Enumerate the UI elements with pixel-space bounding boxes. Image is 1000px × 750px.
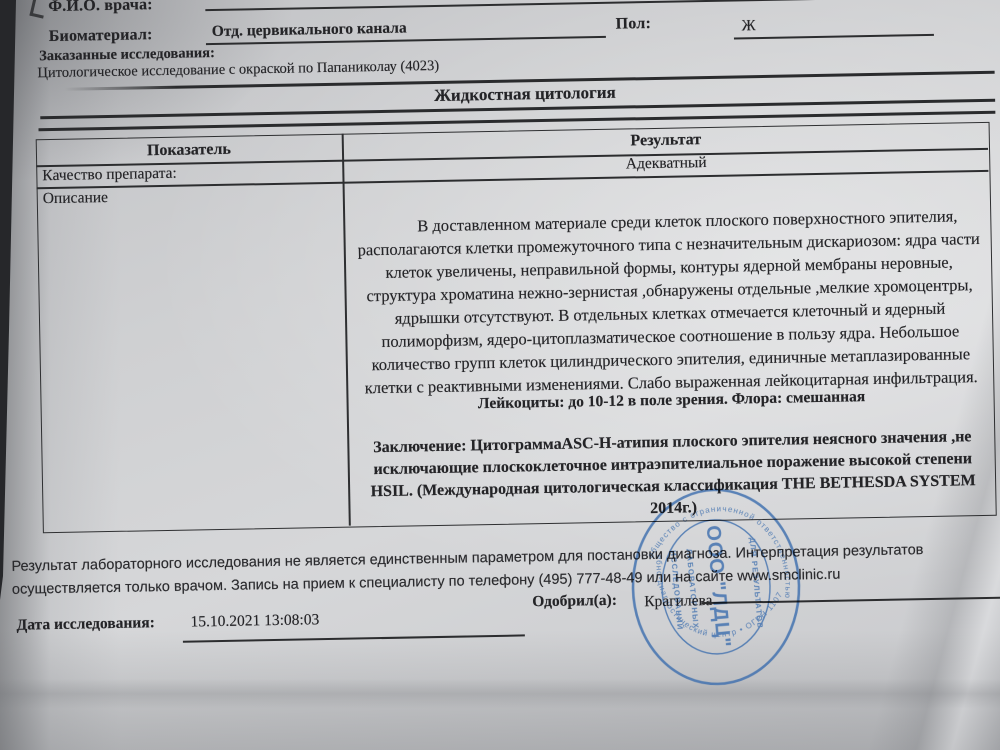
stamp-line-for-results: ДЛЯ РЕЗУЛЬТАТОВ xyxy=(748,537,765,629)
study-date-label: Дата исследования: xyxy=(16,614,155,635)
study-date-underline xyxy=(183,634,525,642)
stamp-line-laboratory: ЛАБОРАТОРНЫХ xyxy=(685,548,701,629)
document-content: Ф.И.О. врача: Биоматериал: Отд. цервикал… xyxy=(0,0,1000,750)
approved-by-label: Одобрил(а): xyxy=(532,592,617,612)
biomaterial-value: Отд. цервикального канала xyxy=(212,19,407,41)
sex-value: Ж xyxy=(742,17,756,35)
stamp-line-studies: ИССЛЕДОВАНИЙ xyxy=(669,550,685,631)
doctor-name-label: Ф.И.О. врача: xyxy=(48,0,153,16)
clinic-stamp: общество с ограниченной ответственностью… xyxy=(620,477,812,696)
stamp-center-block: ДЛЯ РЕЗУЛЬТАТОВ ООО "ЛДЦ" ЛАБОРАТОРНЫХ И… xyxy=(667,522,766,652)
photo-of-lab-report: Ф.И.О. врача: Биоматериал: Отд. цервикал… xyxy=(0,0,1000,750)
sex-underline xyxy=(734,34,934,39)
description-text: В доставленном материале среди клеток пл… xyxy=(353,204,986,400)
paper-edge-mark xyxy=(29,0,47,19)
study-date-value: 15.10.2021 13:08:03 xyxy=(190,611,319,631)
sex-label: Пол: xyxy=(616,15,652,34)
description-label: Описание xyxy=(43,189,109,208)
doctor-name-underline xyxy=(205,0,929,11)
quality-label: Качество препарата: xyxy=(42,165,177,185)
biomaterial-label: Биоматериал: xyxy=(49,26,153,46)
